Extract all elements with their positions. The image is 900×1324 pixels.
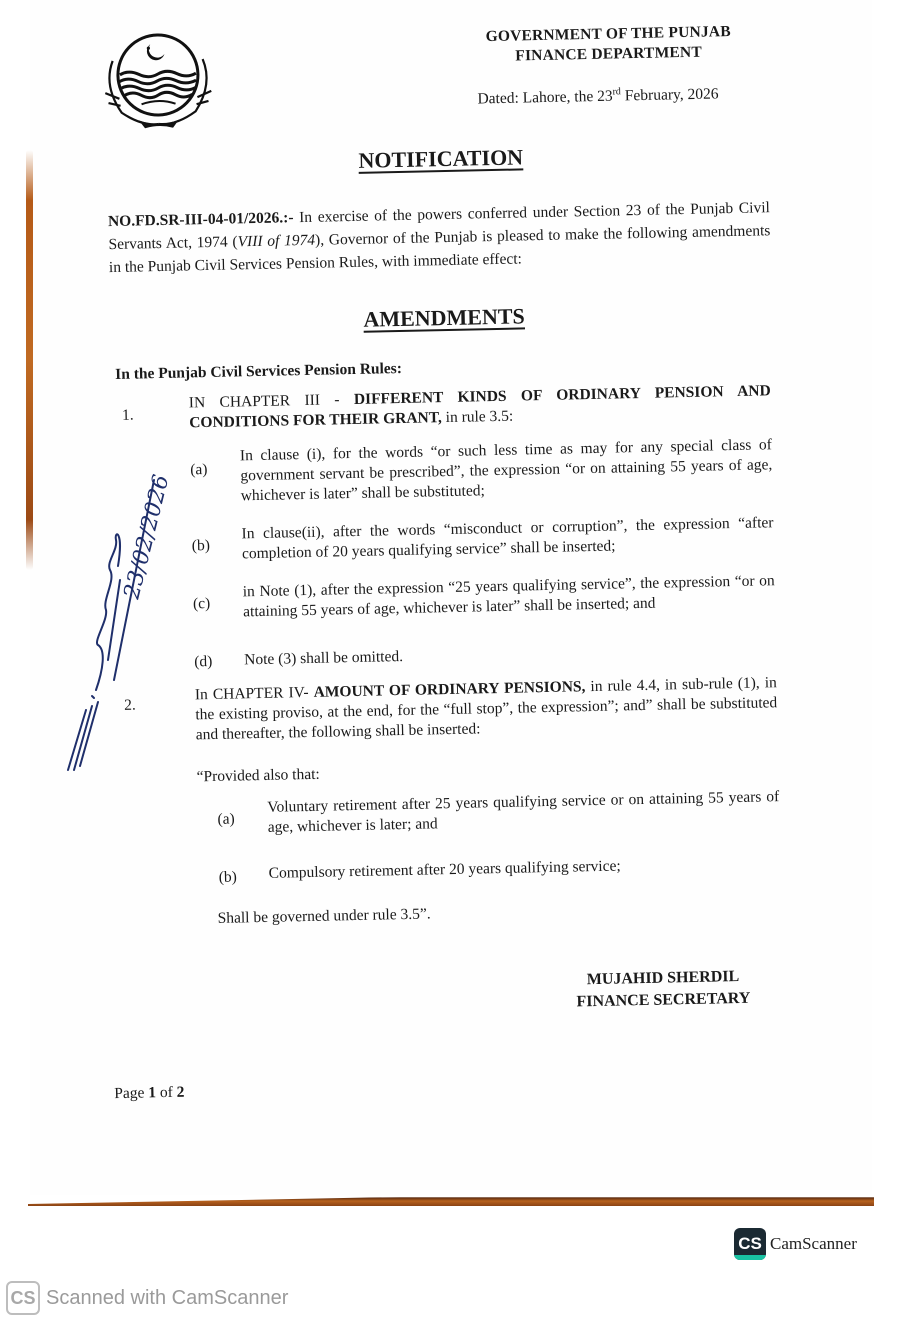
page-prefix: Page: [114, 1084, 148, 1102]
subitem-text: in Note (1), after the expression “25 ye…: [243, 571, 776, 622]
notification-number: NO.FD.SR-III-04-01/2026.:-: [108, 209, 294, 230]
camscanner-name: CamScanner: [770, 1234, 857, 1254]
issue-date: Dated: Lahore, the 23rd February, 2026: [477, 84, 718, 108]
chapter-heading: AMOUNT OF ORDINARY PENSIONS,: [313, 678, 585, 701]
camscanner-outline-logo-icon: CS: [6, 1281, 40, 1315]
margin-date: 23/02/2026: [119, 472, 168, 602]
amendment-item-2: In CHAPTER IV- AMOUNT OF ORDINARY PENSIO…: [195, 673, 778, 745]
dated-prefix: Dated: Lahore, the 23: [477, 88, 612, 108]
punjab-emblem-icon: [92, 29, 224, 132]
notification-title: NOTIFICATION: [0, 137, 891, 182]
handwritten-initials-icon: 23/02/2026: [58, 470, 168, 780]
item-number: 1.: [122, 407, 134, 425]
camscanner-logo-icon: CS: [734, 1228, 766, 1260]
act-reference: VIII of 1974: [237, 232, 315, 251]
amendments-title: AMENDMENTS: [0, 296, 894, 341]
page-of: of: [156, 1084, 177, 1101]
item-lead: IN CHAPTER III -: [189, 391, 354, 411]
scanned-with-watermark: CS Scanned with CamScanner: [6, 1281, 288, 1315]
subitem-label: (a): [190, 461, 208, 479]
amendment-item-1: IN CHAPTER III - DIFFERENT KINDS OF ORDI…: [189, 381, 772, 433]
subitem-label: (c): [193, 595, 211, 613]
item-lead: In CHAPTER IV-: [195, 684, 314, 703]
subitem-text: Voluntary retirement after 25 years qual…: [267, 787, 780, 838]
subitem-text: In clause (i), for the words “or such le…: [240, 435, 773, 506]
item-tail: in rule 3.5:: [442, 408, 514, 426]
subitem-label: (b): [192, 537, 210, 555]
proviso-close: Shall be governed under rule 3.5”.: [217, 904, 430, 928]
page-number: Page 1 of 2: [114, 1084, 185, 1103]
subitem-label: (d): [194, 653, 212, 671]
preamble-paragraph: NO.FD.SR-III-04-01/2026.:- In exercise o…: [108, 196, 771, 279]
signatory-block: MUJAHID SHERDIL FINANCE SECRETARY: [553, 965, 774, 1014]
camscanner-brand: CS CamScanner: [734, 1228, 857, 1260]
scanned-with-text: Scanned with CamScanner: [46, 1287, 288, 1310]
proviso-intro: “Provided also that:: [196, 765, 320, 788]
subitem-text: Compulsory retirement after 20 years qua…: [268, 853, 780, 884]
signatory-designation: FINANCE SECRETARY: [553, 987, 773, 1014]
subitem-label: (b): [219, 869, 237, 887]
page-total: 2: [177, 1084, 185, 1101]
dated-suffix: February, 2026: [621, 85, 719, 104]
subitem-text: In clause(ii), after the words “miscondu…: [241, 513, 774, 564]
subitem-text: Note (3) shall be omitted.: [244, 639, 776, 670]
issuing-authority: GOVERNMENT OF THE PUNJAB FINANCE DEPARTM…: [458, 21, 759, 67]
subitem-label: (a): [217, 811, 235, 829]
amendments-intro: In the Punjab Civil Services Pension Rul…: [115, 360, 402, 384]
